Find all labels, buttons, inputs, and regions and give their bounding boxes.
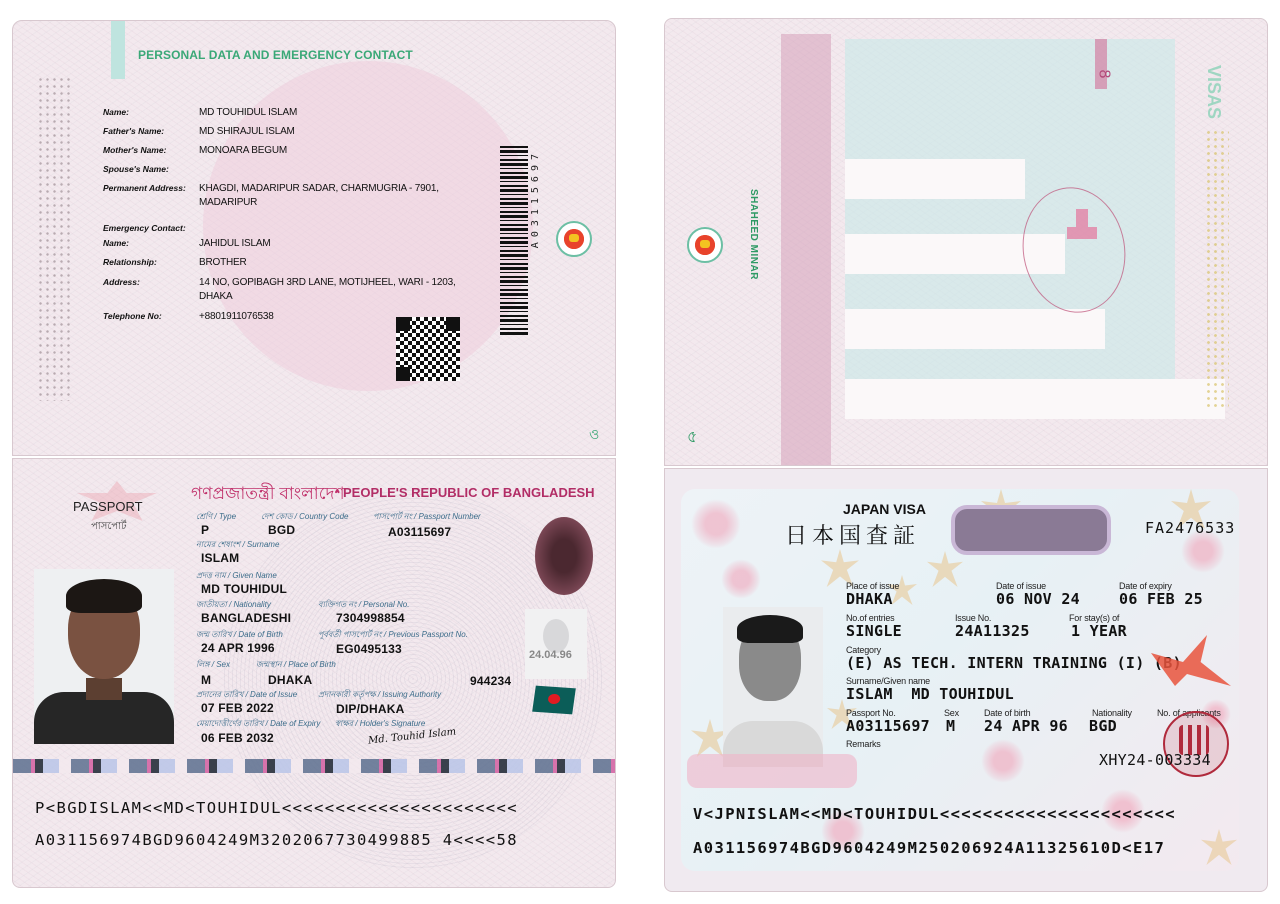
value-date-of-expiry: 06 FEB 25 [1119, 590, 1203, 608]
visas-label: VISAS [1203, 65, 1224, 119]
value-given-name: MD TOUHIDUL [201, 582, 287, 596]
value-date-of-expiry: 06 FEB 2032 [201, 731, 274, 745]
label-issuing-authority: প্রদানকারী কর্তৃপক্ষ / Issuing Authority [318, 689, 441, 702]
value-dob: 24 APR 1996 [201, 641, 275, 655]
label-remarks: Remarks [846, 739, 881, 749]
field-name: Name:MD TOUHIDUL ISLAM [103, 106, 459, 120]
decorative-strip [687, 754, 857, 788]
label-signature: স্বাক্ষর / Holder's Signature [335, 718, 425, 731]
value-dob: 24 APR 96 [984, 717, 1068, 735]
value-name: ISLAM MD TOUHIDUL [846, 685, 1014, 703]
label-sex: লিঙ্গ / Sex [196, 659, 230, 672]
value-nationality: BGD [1089, 717, 1117, 735]
paper-crane-icon [1151, 629, 1231, 689]
ghost-portrait [525, 609, 587, 679]
value-place-of-birth: DHAKA [268, 673, 312, 687]
field-fathers-name: Father's Name:MD SHIRAJUL ISLAM [103, 125, 459, 139]
value-previous-passport: EG0495133 [336, 642, 402, 656]
mrz-line-1: P<BGDISLAM<<MD<TOUHIDUL<<<<<<<<<<<<<<<<<… [35, 799, 518, 817]
visa-title: JAPAN VISA [843, 501, 926, 517]
passport-label-bn: পাসপোর্ট [91, 519, 126, 536]
value-entries: SINGLE [846, 622, 902, 640]
barcode-icon [500, 146, 528, 336]
country-name-en: PEOPLE'S REPUBLIC OF BANGLADESH [343, 485, 595, 500]
barcode-number: A03115697 [530, 149, 541, 248]
value-category: (E) AS TECH. INTERN TRAINING (I) (B) [846, 654, 1182, 672]
visa-holder-photo [723, 607, 823, 767]
security-strip [111, 21, 125, 79]
value-passport-number: A03115697 [388, 525, 451, 539]
field-relationship: Relationship:BROTHER [103, 256, 459, 270]
qr-code-icon [396, 317, 460, 381]
value-stay: 1 YEAR [1071, 622, 1127, 640]
value-place-of-issue: DHAKA [846, 590, 893, 608]
visas-page: SHAHEED MINAR ৫ 8 VISAS [664, 18, 1268, 466]
value-surname: ISLAM [201, 551, 239, 565]
page-number-bn: ৫ [687, 424, 697, 451]
visa-reference: XHY24-003334 [1099, 751, 1211, 769]
page-mark: ও [589, 423, 599, 447]
value-issue-no: 24A11325 [955, 622, 1030, 640]
visa-sticker: JAPAN VISA 日本国査証 FA2476533 Place of issu… [681, 489, 1239, 871]
value-nationality: BANGLADESHI [201, 611, 291, 625]
hologram-icon [951, 505, 1111, 555]
ghost-image-date: 24.04.96 [529, 649, 572, 661]
field-mothers-name: Mother's Name:MONOARA BEGUM [103, 144, 459, 158]
value-country-code: BGD [268, 523, 295, 537]
landmark-caption: SHAHEED MINAR [748, 189, 759, 280]
field-spouses-name: Spouse's Name: [103, 163, 459, 174]
visa-mrz-line-1: V<JPNISLAM<<MD<TOUHIDUL<<<<<<<<<<<<<<<<<… [693, 805, 1176, 823]
section-title: PERSONAL DATA AND EMERGENCY CONTACT [138, 48, 413, 62]
passport-label: PASSPORT [73, 499, 143, 514]
bangladesh-flag-icon [532, 686, 576, 715]
country-name-bn: গণপ্রজাতন্ত্রী বাংলাদেশ [191, 481, 345, 509]
value-personal-no: 7304998854 [336, 611, 405, 625]
label-previous-passport: পূর্ববর্তী পাসপোর্ট নং / Previous Passpo… [318, 629, 468, 642]
value-date-of-issue: 07 FEB 2022 [201, 701, 274, 715]
value-sex: M [946, 717, 955, 735]
value-date-of-issue: 06 NOV 24 [996, 590, 1080, 608]
perforated-number [1205, 129, 1229, 409]
visa-number: FA2476533 [1145, 519, 1235, 537]
label-date-of-expiry: মেয়াদোত্তীর্ণের তারিখ / Date of Expiry [196, 718, 320, 731]
field-permanent-address: Permanent Address:KHAGDI, MADARIPUR SADA… [103, 182, 459, 210]
value-extra-number: 944234 [470, 674, 511, 688]
page-number-top: 8 [1094, 70, 1112, 79]
visa-title-kanji: 日本国査証 [785, 519, 920, 550]
hologram-strip [13, 759, 616, 773]
value-sex: M [201, 673, 211, 687]
field-emergency-contact: Emergency Contact: [103, 222, 303, 233]
perforated-number [37, 76, 71, 401]
field-emergency-name: Name:JAHIDUL ISLAM [103, 237, 459, 251]
mrz-line-2: A031156974BGD9604249M3202067730499885 4<… [35, 831, 518, 849]
value-type: P [201, 523, 209, 537]
label-passport-number: পাসপোর্ট নং / Passport Number [373, 511, 481, 524]
passport-bio-page: PASSPORT পাসপোর্ট গণপ্রজাতন্ত্রী বাংলাদে… [12, 458, 616, 888]
value-issuing-authority: DIP/DHAKA [336, 702, 404, 716]
holder-photo [34, 569, 174, 744]
field-emergency-address: Address:14 NO, GOPIBAGH 3RD LANE, MOTIJH… [103, 276, 459, 304]
value-passport-no: A03115697 [846, 717, 930, 735]
government-emblem-icon [687, 227, 723, 263]
label-place-of-birth: জন্মস্থান / Place of Birth [256, 659, 336, 672]
personal-data-page: PERSONAL DATA AND EMERGENCY CONTACT Name… [12, 20, 616, 456]
government-emblem-icon [556, 221, 592, 257]
ghost-portrait-oval [535, 517, 593, 595]
japan-visa-page: JAPAN VISA 日本国査証 FA2476533 Place of issu… [664, 468, 1268, 892]
visa-mrz-line-2: A031156974BGD9604249M250206924A11325610D… [693, 839, 1165, 857]
